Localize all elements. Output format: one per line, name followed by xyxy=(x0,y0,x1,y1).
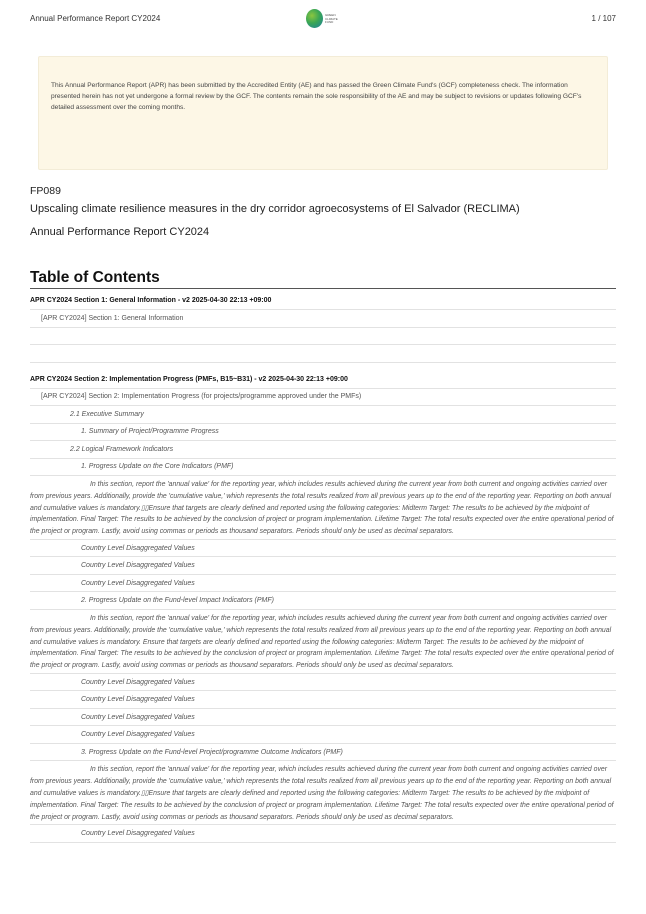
toc-gap xyxy=(30,363,616,371)
toc-instruction-text: In this section, report the 'annual valu… xyxy=(30,610,616,674)
toc-empty-row xyxy=(30,345,616,363)
globe-icon xyxy=(306,9,323,28)
toc-empty-row xyxy=(30,328,616,346)
toc-item-outcome-indicators[interactable]: 3. Progress Update on the Fund-level Pro… xyxy=(30,744,616,762)
toc-instruction-text: In this section, report the 'annual valu… xyxy=(30,761,616,825)
toc-item-implementation-progress[interactable]: [APR CY2024] Section 2: Implementation P… xyxy=(30,389,616,407)
toc-item-general-information[interactable]: [APR CY2024] Section 1: General Informat… xyxy=(30,310,616,328)
toc-item-summary-progress[interactable]: 1. Summary of Project/Programme Progress xyxy=(30,424,616,442)
report-header-title: Annual Performance Report CY2024 xyxy=(30,14,160,23)
toc-item-country-values[interactable]: Country Level Disaggregated Values xyxy=(30,575,616,593)
gcf-logo: GREEN CLIMATE FUND xyxy=(306,8,342,30)
toc-item-logframe-indicators[interactable]: 2.2 Logical Framework Indicators xyxy=(30,441,616,459)
toc-item-executive-summary[interactable]: 2.1 Executive Summary xyxy=(30,406,616,424)
project-code: FP089 xyxy=(30,185,61,197)
page-indicator: 1 / 107 xyxy=(592,14,616,23)
logo-text: GREEN CLIMATE FUND xyxy=(325,14,341,25)
toc-item-country-values[interactable]: Country Level Disaggregated Values xyxy=(30,557,616,575)
toc-title: Table of Contents xyxy=(30,269,616,289)
toc-item-country-values[interactable]: Country Level Disaggregated Values xyxy=(30,825,616,843)
page-header: Annual Performance Report CY2024 GREEN C… xyxy=(0,0,646,40)
toc-item-impact-indicators[interactable]: 2. Progress Update on the Fund-level Imp… xyxy=(30,592,616,610)
project-title: Upscaling climate resilience measures in… xyxy=(30,203,520,215)
table-of-contents: APR CY2024 Section 1: General Informatio… xyxy=(30,292,616,843)
toc-item-country-values[interactable]: Country Level Disaggregated Values xyxy=(30,691,616,709)
toc-instruction-text: In this section, report the 'annual valu… xyxy=(30,476,616,540)
toc-item-country-values[interactable]: Country Level Disaggregated Values xyxy=(30,726,616,744)
toc-item-country-values[interactable]: Country Level Disaggregated Values xyxy=(30,709,616,727)
toc-item-core-indicators[interactable]: 1. Progress Update on the Core Indicator… xyxy=(30,459,616,477)
disclaimer-notice: This Annual Performance Report (APR) has… xyxy=(38,56,608,170)
toc-item-country-values[interactable]: Country Level Disaggregated Values xyxy=(30,674,616,692)
report-subtitle: Annual Performance Report CY2024 xyxy=(30,226,209,238)
toc-item-country-values[interactable]: Country Level Disaggregated Values xyxy=(30,540,616,558)
toc-section-1-heading[interactable]: APR CY2024 Section 1: General Informatio… xyxy=(30,292,616,310)
toc-section-2-heading[interactable]: APR CY2024 Section 2: Implementation Pro… xyxy=(30,371,616,389)
disclaimer-text: This Annual Performance Report (APR) has… xyxy=(51,80,593,113)
